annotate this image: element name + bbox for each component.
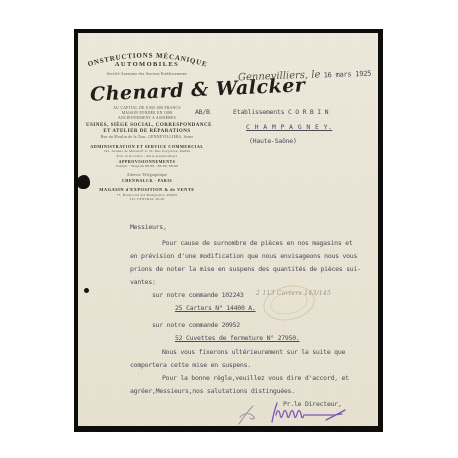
body-line: Nous vous fixerons ultérieurement sur la… (162, 348, 345, 356)
letterhead-admin-address: 145, Avenue de Malakoff et 39, Rue Pergo… (86, 149, 208, 153)
letterhead-usines-2: ET ATELIER DE RÉPARATIONS (86, 129, 208, 134)
order-ref-2: sur notre commande 20952 (152, 321, 240, 329)
letterhead-founded: MAISON FONDÉE EN 1888 (86, 111, 208, 115)
product-photo-page: CONSTRUCTIONS MÉCANIQUES AUTOMOBILES Soc… (0, 0, 458, 458)
salutation: Messieurs, (130, 223, 167, 231)
recipient-department: (Haute-Saône) (249, 137, 297, 145)
letterhead-shop-address: 77, Boulevard des Batignolles, PARIS (86, 193, 208, 197)
letterhead-telegraph-label: Adresse Télégraphique (86, 173, 208, 177)
body-line: agréer,Messieurs,nos salutations disting… (130, 387, 295, 395)
dateline-place-script: Gennevilliers, le 16 mars 1925 (238, 68, 372, 84)
order-item-1: 25 Carters N° 14400 A. (175, 304, 256, 312)
ink-dot-mark (84, 288, 89, 293)
faint-stamp-inner-ring (268, 288, 310, 317)
letterhead-admin-province: Pour la Province : Paris-Gennevilliers (86, 154, 208, 158)
body-line: Pour la bonne règle,veuillez vous dire d… (162, 374, 349, 382)
order-ref-1: sur notre commande 102243 (152, 291, 244, 299)
signature-ink (268, 401, 348, 426)
recipient-city: C H A M P A G N E Y. (246, 123, 332, 131)
letter-paper: CONSTRUCTIONS MÉCANIQUES AUTOMOBILES Soc… (78, 33, 378, 426)
letterhead-phone: Téléph. : Wagram 88-88 , 88-89, 88-90 (86, 164, 208, 168)
letterhead-shop-phone: Tél. CENTRAL 28-40 (86, 197, 208, 201)
body-line: comportera cette mise en suspens. (130, 361, 251, 369)
body-line: en prévision d'une modification que nous… (130, 252, 357, 260)
faint-stamp-mark (260, 281, 318, 325)
order-item-2: 52 Cuvettes de fermeture N° 27950. (175, 334, 300, 342)
letterhead-shop-title: MAGASIN d'EXPOSITION & de VENTE (86, 187, 208, 192)
body-line: vantes: (130, 278, 156, 286)
reference-initials: AB/B (195, 108, 210, 116)
letterhead-usines-1: USINES, SIÈGE SOCIAL, CORRESPONDANCE (86, 123, 208, 128)
recipient-name: Etablissements C O R B I N (233, 108, 328, 116)
pencil-initials-mark (236, 404, 260, 426)
letterhead-automobiles: AUTOMOBILES (86, 61, 208, 68)
letterhead-telegraph-address: CHENWALCK - PARIS (86, 178, 208, 183)
dateline-typed-date: 16 mars 1925 (324, 70, 372, 80)
letterhead-capital: AU CAPITAL DE 8.000.000 FRANCS (86, 106, 208, 110)
letterhead-formerly: ANCIENNEMENT A ASNIÈRES (86, 116, 208, 120)
letter-photo: CONSTRUCTIONS MÉCANIQUES AUTOMOBILES Soc… (74, 29, 383, 432)
body-line: Pour cause de surnombre de pièces en nos… (162, 239, 353, 247)
body-line: prions de noter la mise en suspens des q… (130, 265, 361, 273)
letterhead-society-line: Société Anonyme des Anciens Etablissemen… (86, 72, 208, 76)
dateline-place: Gennevilliers, le (238, 69, 321, 83)
ink-blot-mark (78, 175, 90, 189)
letterhead-usines-address: Rue du Moulin de la Tour, GENNEVILLIERS,… (86, 135, 208, 139)
